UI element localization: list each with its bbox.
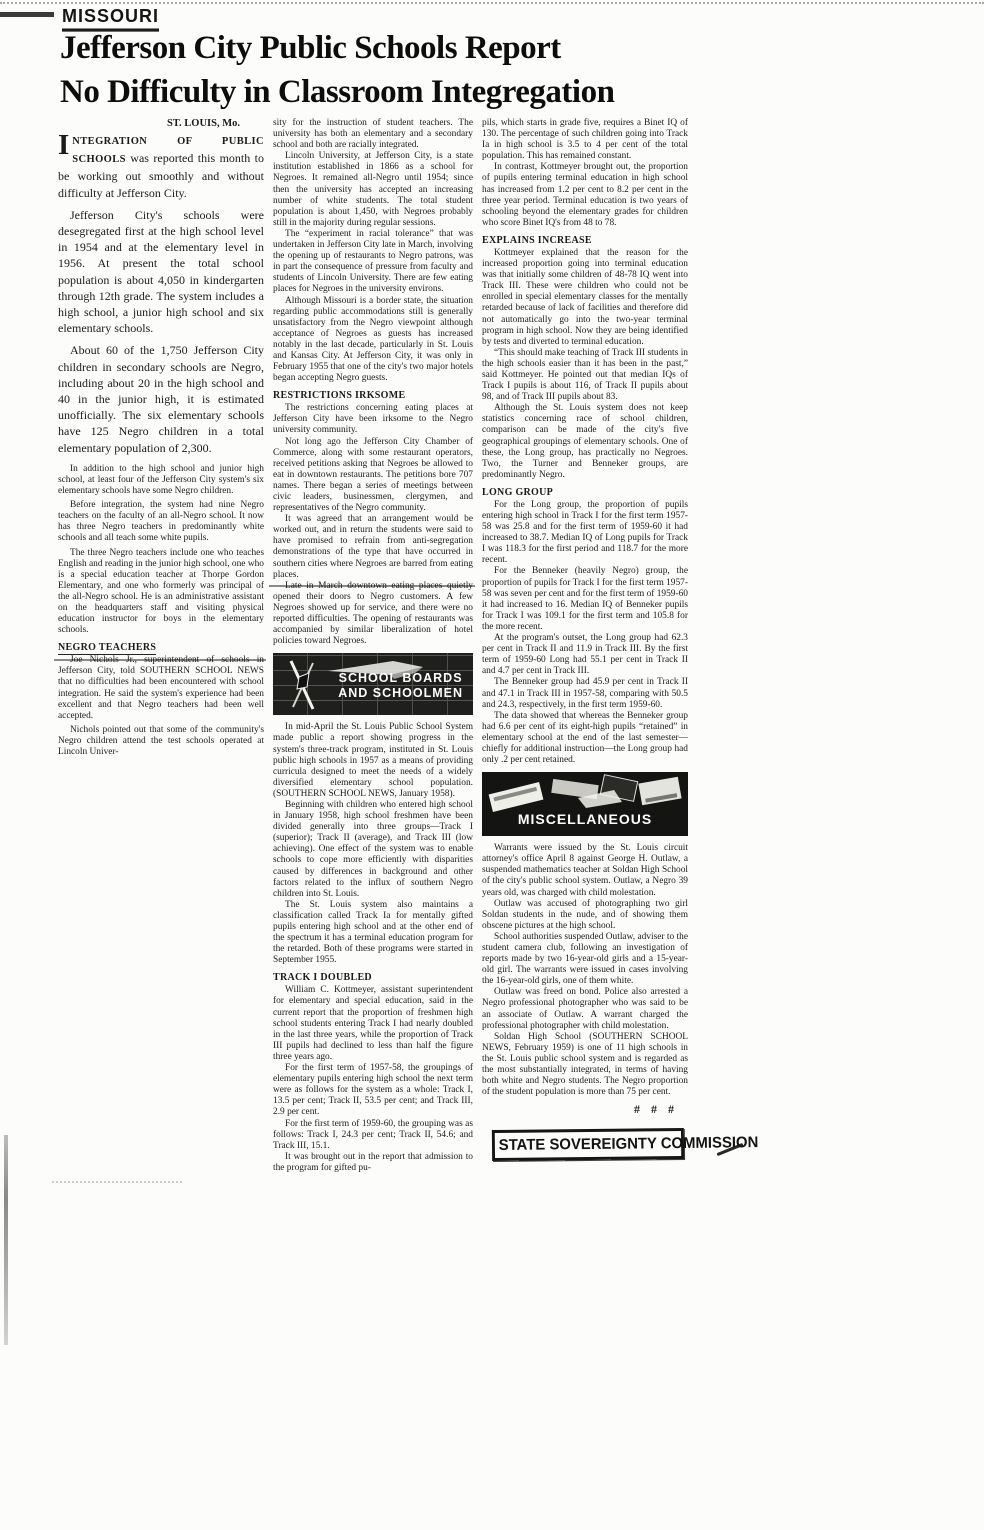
subhead-long-group: LONG GROUP <box>482 487 688 498</box>
paragraph: Joe Nichols Jr., superintendent of schoo… <box>58 655 264 722</box>
drop-cap: I <box>58 132 72 158</box>
paragraph: Nichols pointed out that some of the com… <box>58 725 264 758</box>
paragraph: The restrictions concerning eating place… <box>273 403 473 436</box>
paragraph: Lincoln University, at Jefferson City, i… <box>273 151 473 229</box>
paragraph: Beginning with children who entered high… <box>273 800 473 900</box>
paragraph: William C. Kottmeyer, assistant superint… <box>273 985 473 1063</box>
paragraph: Although Missouri is a border state, the… <box>273 296 473 385</box>
paragraph: The Benneker group had 45.9 per cent in … <box>482 677 688 710</box>
paragraph: For the first term of 1959-60, the group… <box>273 1119 473 1152</box>
paragraph: It was brought out in the report that ad… <box>273 1152 473 1174</box>
banner-title: SCHOOL BOARDS AND SCHOOLMEN <box>338 671 463 701</box>
paragraph: Not long ago the Jefferson City Chamber … <box>273 437 473 515</box>
paragraph: The three Negro teachers include one who… <box>58 548 264 637</box>
subhead-negro-teachers: NEGRO TEACHERS <box>58 642 264 653</box>
paragraph: Although the St. Louis system does not k… <box>482 403 688 481</box>
paragraph: The data showed that whereas the Benneke… <box>482 711 688 766</box>
paragraph: sity for the instruction of student teac… <box>273 118 473 151</box>
article-columns: ST. LOUIS, Mo. INTEGRATION OF PUBLIC SCH… <box>58 118 688 1174</box>
paragraph: At the program's outset, the Long group … <box>482 633 688 677</box>
paragraph: For the Long group, the proportion of pu… <box>482 500 688 567</box>
paragraph: The “experiment in racial tolerance” tha… <box>273 229 473 296</box>
paragraph: The St. Louis system also maintains a cl… <box>273 900 473 967</box>
paragraph: For the Benneker (heavily Negro) group, … <box>482 566 688 633</box>
newspaper-page: MISSOURI Jefferson City Public Schools R… <box>0 0 984 1530</box>
paragraph: It was agreed that an arrangement would … <box>273 514 473 581</box>
subhead-track-i-doubled: TRACK I DOUBLED <box>273 972 473 983</box>
scan-artifact <box>4 1135 8 1345</box>
headline-line-2: No Difficulty in Classroom Integregation <box>60 70 700 114</box>
paragraph: pils, which starts in grade five, requir… <box>482 118 688 162</box>
banner-title: MISCELLANEOUS <box>482 812 688 827</box>
column-2: sity for the instruction of student teac… <box>273 118 473 1174</box>
paragraph: Before integration, the system had nine … <box>58 500 264 544</box>
paragraph: Outlaw was freed on bond. Police also ar… <box>482 987 688 1031</box>
scan-edge-artifact <box>0 2 984 4</box>
paragraph: In mid-April the St. Louis Public School… <box>273 722 473 800</box>
paragraph: In contrast, Kottmeyer brought out, the … <box>482 162 688 229</box>
paragraph: Kottmeyer explained that the reason for … <box>482 248 688 348</box>
paragraph: In addition to the high school and junio… <box>58 464 264 497</box>
scan-artifact <box>0 12 54 17</box>
paragraph: School authorities suspended Outlaw, adv… <box>482 932 688 987</box>
column-1: ST. LOUIS, Mo. INTEGRATION OF PUBLIC SCH… <box>58 118 264 758</box>
subhead-restrictions-irksome: RESTRICTIONS IRKSOME <box>273 390 473 401</box>
paragraph: Warrants were issued by the St. Louis ci… <box>482 843 688 898</box>
miscellaneous-banner: MISCELLANEOUS <box>482 772 688 836</box>
state-sovereignty-commission-stamp: STATE SOVEREIGNTY COMMISSION <box>492 1128 684 1161</box>
paragraph: About 60 of the 1,750 Jefferson City chi… <box>58 342 264 455</box>
headline: Jefferson City Public Schools Report No … <box>60 26 700 114</box>
paragraph: Late in March downtown eating places qui… <box>273 581 473 648</box>
paragraph: For the first term of 1957-58, the group… <box>273 1063 473 1118</box>
column-3: pils, which starts in grade five, requir… <box>482 118 688 1160</box>
subhead-explains-increase: EXPLAINS INCREASE <box>482 235 688 246</box>
school-boards-banner: SCHOOL BOARDS AND SCHOOLMEN <box>273 653 473 715</box>
headline-line-1: Jefferson City Public Schools Report <box>60 26 700 70</box>
paragraph: Outlaw was accused of photographing two … <box>482 899 688 932</box>
end-mark: # # # <box>482 1102 688 1117</box>
paragraph: INTEGRATION OF PUBLIC SCHOOLS was report… <box>58 132 264 201</box>
paragraph: Soldan High School (SOUTHERN SCHOOL NEWS… <box>482 1032 688 1099</box>
dateline: ST. LOUIS, Mo. <box>58 118 264 129</box>
paragraph: Jefferson City's schools were desegregat… <box>58 207 264 337</box>
scan-artifact <box>52 1181 182 1183</box>
paragraph: “This should make teaching of Track III … <box>482 348 688 403</box>
